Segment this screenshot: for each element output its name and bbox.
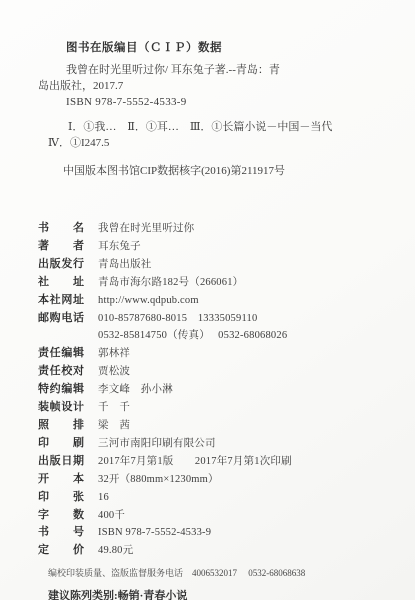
cip-publisher-line: 岛出版社，2017.7	[38, 78, 385, 94]
field-label: 责任校对	[38, 364, 84, 380]
field-row: 0532-85814750（传真） 0532-68068026	[38, 326, 385, 344]
field-label: 本社网址	[38, 293, 84, 309]
field-row: 本社网址http://www.qdpub.com	[38, 291, 385, 309]
field-row: 开本32开（880mm×1230mm）	[38, 470, 385, 488]
field-value: 0532-85814750（传真） 0532-68068026	[98, 330, 287, 341]
cip-classification-line-1: Ⅰ．①我… Ⅱ．①耳… Ⅲ．①长篇小说－中国－当代	[68, 119, 385, 135]
field-value: 2017年7月第1版 2017年7月第1次印刷	[98, 456, 292, 467]
field-value: 我曾在时光里听过你	[98, 223, 194, 234]
shelving-category-line: 建议陈列类别:畅销·青春小说	[48, 589, 385, 600]
field-label: 责任编辑	[38, 346, 84, 362]
publication-fields: 书名我曾在时光里听过你著者耳东兔子出版发行青岛出版社社址青岛市海尔路182号（2…	[38, 219, 385, 559]
field-label: 照排	[38, 418, 84, 434]
field-value: 49.80元	[98, 545, 133, 556]
cip-classification-line-2: Ⅳ．①I247.5	[48, 135, 385, 151]
field-value: 千 千	[98, 402, 130, 413]
field-row: 著者耳东兔子	[38, 237, 385, 255]
field-row: 邮购电话010-85787680-8015 13335059110	[38, 309, 385, 327]
field-label: 印张	[38, 490, 84, 506]
field-row: 特约编辑李文峰 孙小淋	[38, 380, 385, 398]
field-row: 责任校对贾松波	[38, 362, 385, 380]
field-value: 16	[98, 492, 109, 503]
field-label: 定价	[38, 543, 84, 559]
cip-title-line: 我曾在时光里听过你/ 耳东兔子著.--青岛：青	[66, 62, 385, 78]
field-value: 梁 茜	[98, 420, 130, 431]
cip-isbn-line: ISBN 978-7-5552-4533-9	[66, 94, 385, 110]
page-footer: 编校印装质量、盗版监督服务电话 4006532017 0532-68068638…	[38, 566, 385, 600]
field-row: 书号ISBN 978-7-5552-4533-9	[38, 523, 385, 541]
field-row: 字数400千	[38, 506, 385, 524]
field-value: 010-85787680-8015 13335059110	[98, 313, 257, 324]
field-row: 印张16	[38, 488, 385, 506]
field-label: 著者	[38, 239, 84, 255]
field-label: 字数	[38, 508, 84, 524]
cip-block: 图书在版编目（ＣＩＰ）数据 我曾在时光里听过你/ 耳东兔子著.--青岛：青 岛出…	[38, 40, 385, 179]
field-label: 特约编辑	[38, 382, 84, 398]
field-row: 印刷三河市南阳印刷有限公司	[38, 434, 385, 452]
field-label: 印刷	[38, 436, 84, 452]
copyright-page: 图书在版编目（ＣＩＰ）数据 我曾在时光里听过你/ 耳东兔子著.--青岛：青 岛出…	[0, 0, 415, 600]
field-label: 装帧设计	[38, 400, 84, 416]
field-row: 出版发行青岛出版社	[38, 255, 385, 273]
field-label: 出版发行	[38, 257, 84, 273]
field-label: 邮购电话	[38, 311, 84, 327]
field-row: 照排梁 茜	[38, 416, 385, 434]
field-value: 400千	[98, 510, 125, 521]
field-row: 书名我曾在时光里听过你	[38, 219, 385, 237]
field-row: 装帧设计千 千	[38, 398, 385, 416]
field-value: http://www.qdpub.com	[98, 295, 199, 306]
field-row: 定价49.80元	[38, 541, 385, 559]
field-label: 开本	[38, 472, 84, 488]
field-value: 三河市南阳印刷有限公司	[98, 438, 216, 449]
field-label: 社址	[38, 275, 84, 291]
field-value: 耳东兔子	[98, 241, 141, 252]
field-row: 出版日期2017年7月第1版 2017年7月第1次印刷	[38, 452, 385, 470]
field-label: 书名	[38, 221, 84, 237]
field-value: 贾松波	[98, 366, 130, 377]
field-label: 出版日期	[38, 454, 84, 470]
field-value: 32开（880mm×1230mm）	[98, 474, 219, 485]
field-label: 书号	[38, 525, 84, 541]
quality-hotline-line: 编校印装质量、盗版监督服务电话 4006532017 0532-68068638	[48, 566, 385, 580]
cip-header: 图书在版编目（ＣＩＰ）数据	[66, 40, 385, 56]
field-row: 社址青岛市海尔路182号（266061）	[38, 273, 385, 291]
field-value: ISBN 978-7-5552-4533-9	[98, 527, 211, 538]
field-value: 李文峰 孙小淋	[98, 384, 173, 395]
field-row: 责任编辑郭林祥	[38, 344, 385, 362]
field-value: 青岛出版社	[98, 259, 152, 270]
cip-record-number: 中国版本图书馆CIP数据核字(2016)第211917号	[63, 163, 385, 179]
field-value: 郭林祥	[98, 348, 130, 359]
field-value: 青岛市海尔路182号（266061）	[98, 277, 243, 288]
